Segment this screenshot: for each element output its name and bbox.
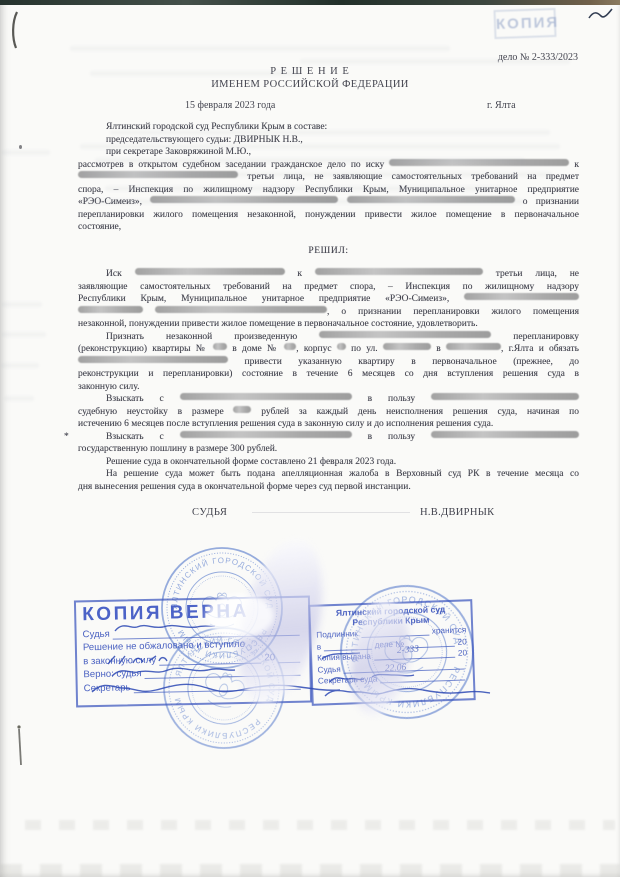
redaction-bar	[180, 431, 352, 438]
text-line: Республики Крым, Муниципальное унитарное…	[78, 293, 579, 306]
text-line: состояние,	[78, 221, 579, 234]
text-line: реконструкции и перепланировки) состояни…	[78, 368, 579, 381]
signature-divider	[252, 512, 410, 513]
text-line: Иск к третьи лица, не	[78, 268, 579, 281]
bleedthrough-mark	[85, 199, 525, 204]
text-line: привести указанную квартиру в первоначал…	[78, 356, 579, 369]
text-line: незаконной, понуждении привести жилое по…	[78, 318, 579, 331]
text-line: *Взыскать с в пользу	[78, 431, 579, 444]
text-line: (реконструкцию) квартиры № в доме № , ко…	[78, 343, 579, 356]
text-line: дня вынесения решения суда в окончательн…	[78, 481, 579, 494]
scanner-band	[25, 820, 615, 830]
bleedthrough-mark	[1, 363, 39, 368]
text-line: перепланировки жилого помещения незаконн…	[78, 209, 579, 222]
bleedthrough-mark	[95, 158, 525, 163]
redaction-bar	[337, 343, 346, 350]
ghost-copy-stamp: КОПИЯ	[494, 8, 557, 39]
text-line: судебную неустойку в размере рублей за к…	[78, 406, 579, 419]
text-line: Взыскать с в пользу	[78, 393, 579, 406]
redaction-bar	[319, 331, 491, 338]
bleedthrough-mark	[2, 302, 42, 307]
redaction-bar	[135, 268, 285, 275]
resolved-heading: РЕШИЛ:	[78, 245, 579, 258]
star-marker: *	[64, 431, 69, 444]
scan-top-edge	[0, 0, 620, 5]
redaction-bar	[446, 343, 501, 350]
text-line: законную силу.	[78, 381, 579, 394]
text-line: Решение суда в окончательной форме соста…	[78, 456, 579, 469]
redaction-bar	[213, 343, 227, 350]
staple-mark	[16, 724, 26, 768]
corner-fold-mark	[8, 11, 22, 51]
text-line: государственную пошлину в размере 300 ру…	[78, 443, 579, 456]
scanner-band	[0, 864, 620, 877]
redaction-bar	[155, 306, 327, 313]
bleedthrough-mark	[2, 150, 50, 155]
scanned-court-decision-page: КОПИЯ дело № 2-333/2023 Р Е Ш Е Н И Е ИМ…	[0, 0, 620, 877]
bleedthrough-mark	[110, 130, 550, 135]
bleedthrough-mark	[82, 172, 552, 177]
ink-dot-mark	[19, 145, 22, 149]
redaction-bar	[315, 268, 483, 275]
redaction-bar	[78, 306, 143, 313]
bleedthrough-mark	[300, 59, 570, 64]
redaction-bar	[383, 343, 431, 350]
decision-city: г. Ялта	[487, 100, 516, 111]
redaction-bar	[78, 356, 228, 363]
redaction-bar	[431, 393, 579, 400]
signature-handwriting: 2-333 22.06	[55, 585, 495, 720]
pen-checkmark-icon	[586, 5, 616, 25]
redaction-bar	[464, 293, 579, 300]
judge-label: СУДЬЯ	[192, 507, 227, 518]
redaction-bar	[284, 343, 296, 350]
redaction-bar	[233, 406, 251, 413]
decision-subtitle: ИМЕНЕМ РОССИЙСКОЙ ФЕДЕРАЦИИ	[0, 79, 620, 90]
redaction-bar	[431, 431, 579, 438]
bleedthrough-mark	[2, 332, 46, 337]
judge-name: Н.В.ДВИРНЫК	[420, 507, 494, 518]
bleedthrough-mark	[4, 396, 34, 401]
bleedthrough-mark	[105, 186, 505, 191]
handwritten-case-number: 2-333	[397, 644, 420, 656]
text-line: , о признании перепланировки жилого поме…	[78, 306, 579, 319]
bleedthrough-mark	[70, 46, 450, 51]
text-line: заявляющие самостоятельных требований на…	[78, 281, 579, 294]
text-line: истечению 6 месяцев после вступления реш…	[78, 418, 579, 431]
bleedthrough-mark	[90, 71, 300, 76]
decision-date: 15 февраля 2023 года	[185, 100, 275, 111]
text-line: На решение суда может быть подана апелля…	[78, 468, 579, 481]
redaction-bar	[180, 393, 352, 400]
handwritten-issue-date: 22.06	[385, 663, 407, 674]
text-line: Признать незаконной произведенную перепл…	[78, 331, 579, 344]
bleedthrough-mark	[80, 144, 560, 149]
